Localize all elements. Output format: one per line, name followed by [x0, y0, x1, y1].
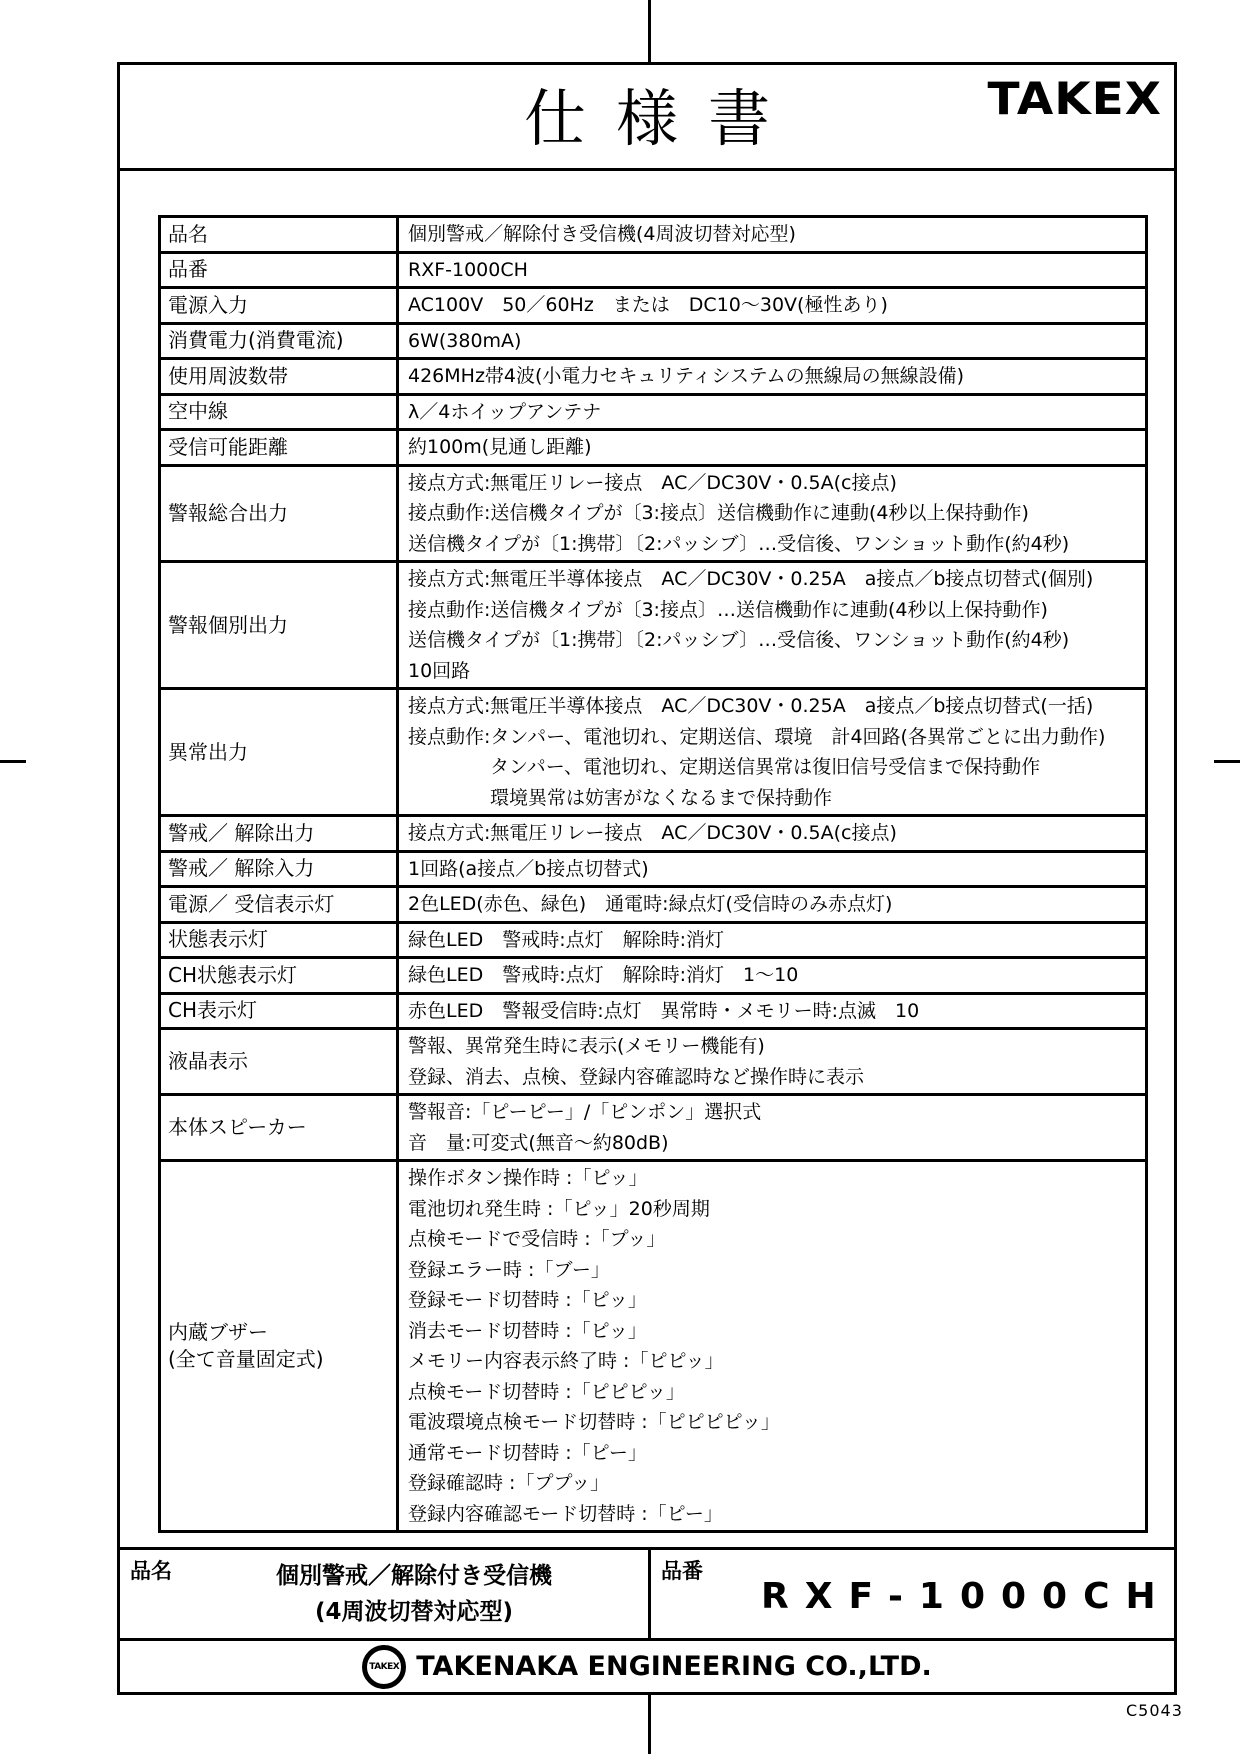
row-value-line: 接点動作:送信機タイプが〔3:接点〕送信機動作に連動(4秒以上保持動作) [408, 498, 1141, 529]
row-value-line: λ／4ホイップアンテナ [408, 397, 1141, 428]
crop-mark-top [648, 0, 651, 62]
row-label: 液晶表示 [161, 1030, 399, 1093]
table-row: 空中線 λ／4ホイップアンテナ [161, 396, 1145, 432]
spec-sheet-page: 仕様書 TAKEX 品名 個別警戒／解除付き受信機(4周波切替対応型) 品番 R… [0, 0, 1240, 1754]
footer-name-cell: 品名 個別警戒／解除付き受信機 (4周波切替対応型) [120, 1550, 651, 1638]
footer-product-name: 個別警戒／解除付き受信機 (4周波切替対応型) [120, 1550, 648, 1630]
row-value-line: 消去モード切替時 :「ピッ」 [408, 1316, 1141, 1347]
company-bar: TAKEX TAKENAKA ENGINEERING CO.,LTD. [120, 1638, 1174, 1692]
row-value-line: RXF-1000CH [408, 255, 1141, 286]
table-row: 電源入力 AC100V 50／60Hz または DC10～30V(極性あり) [161, 289, 1145, 325]
footer-block: 品名 個別警戒／解除付き受信機 (4周波切替対応型) 品番 RXF-1000CH… [120, 1547, 1174, 1692]
table-row: 状態表示灯 緑色LED 警戒時:点灯 解除時:消灯 [161, 924, 1145, 960]
table-row: 品名 個別警戒／解除付き受信機(4周波切替対応型) [161, 218, 1145, 254]
row-value-line: 操作ボタン操作時 :「ピッ」 [408, 1163, 1141, 1194]
row-label: 警報総合出力 [161, 467, 399, 561]
row-value: λ／4ホイップアンテナ [399, 396, 1145, 429]
table-row: 消費電力(消費電流) 6W(380mA) [161, 325, 1145, 361]
table-row: 警報個別出力 接点方式:無電圧半導体接点 AC／DC30V・0.25A a接点／… [161, 563, 1145, 690]
table-row: 異常出力 接点方式:無電圧半導体接点 AC／DC30V・0.25A a接点／b接… [161, 690, 1145, 817]
table-row: 警戒／ 解除出力 接点方式:無電圧リレー接点 AC／DC30V・0.5A(c接点… [161, 817, 1145, 853]
row-value: 1回路(a接点／b接点切替式) [399, 853, 1145, 886]
crop-mark-bottom [648, 1695, 651, 1754]
spec-table: 品名 個別警戒／解除付き受信機(4周波切替対応型) 品番 RXF-1000CH … [158, 215, 1148, 1533]
takex-circle-logo-icon: TAKEX [362, 1645, 406, 1689]
row-label: 品名 [161, 218, 399, 251]
document-code: C5043 [1126, 1701, 1183, 1720]
row-value-line: タンパー、電池切れ、定期送信異常は復旧信号受信まで保持動作 [408, 752, 1141, 783]
table-row: 品番 RXF-1000CH [161, 254, 1145, 290]
row-value: 緑色LED 警戒時:点灯 解除時:消灯 1～10 [399, 959, 1145, 992]
row-value-line: 接点動作:送信機タイプが〔3:接点〕…送信機動作に連動(4秒以上保持動作) [408, 595, 1141, 626]
row-value: 赤色LED 警報受信時:点灯 異常時・メモリー時:点滅 10 [399, 995, 1145, 1028]
row-value: 6W(380mA) [399, 325, 1145, 358]
table-row: 内蔵ブザー (全て音量固定式) 操作ボタン操作時 :「ピッ」電池切れ発生時 :「… [161, 1162, 1145, 1530]
row-value-line: 登録エラー時 :「ブー」 [408, 1255, 1141, 1286]
takex-logo: TAKEX [987, 73, 1162, 125]
table-row: 本体スピーカー 警報音:「ピーピー」/「ピンポン」選択式音 量:可変式(無音～約… [161, 1096, 1145, 1162]
row-value-line: 接点動作:タンパー、電池切れ、定期送信、環境 計4回路(各異常ごとに出力動作) [408, 722, 1141, 753]
row-value-line: AC100V 50／60Hz または DC10～30V(極性あり) [408, 290, 1141, 321]
row-value: 2色LED(赤色、緑色) 通電時:緑点灯(受信時のみ赤点灯) [399, 888, 1145, 921]
row-value: RXF-1000CH [399, 254, 1145, 287]
table-row: 警報総合出力 接点方式:無電圧リレー接点 AC／DC30V・0.5A(c接点)接… [161, 467, 1145, 564]
row-value-line: 点検モード切替時 :「ピピピッ」 [408, 1377, 1141, 1408]
row-value: 操作ボタン操作時 :「ピッ」電池切れ発生時 :「ピッ」20秒周期点検モードで受信… [399, 1162, 1145, 1530]
row-value: 接点方式:無電圧リレー接点 AC／DC30V・0.5A(c接点)接点動作:送信機… [399, 467, 1145, 561]
table-row: 液晶表示 警報、異常発生時に表示(メモリー機能有)登録、消去、点検、登録内容確認… [161, 1030, 1145, 1096]
row-value-line: 電波環境点検モード切替時 :「ピピピピッ」 [408, 1407, 1141, 1438]
company-name: TAKENAKA ENGINEERING CO.,LTD. [416, 1651, 932, 1682]
row-value: 警報音:「ピーピー」/「ピンポン」選択式音 量:可変式(無音～約80dB) [399, 1096, 1145, 1159]
row-value-line: 登録内容確認モード切替時 :「ピー」 [408, 1499, 1141, 1530]
row-value-line: 接点方式:無電圧リレー接点 AC／DC30V・0.5A(c接点) [408, 468, 1141, 499]
table-row: CH状態表示灯 緑色LED 警戒時:点灯 解除時:消灯 1～10 [161, 959, 1145, 995]
table-row: 警戒／ 解除入力 1回路(a接点／b接点切替式) [161, 853, 1145, 889]
row-value: 接点方式:無電圧リレー接点 AC／DC30V・0.5A(c接点) [399, 817, 1145, 850]
row-value-line: 接点方式:無電圧半導体接点 AC／DC30V・0.25A a接点／b接点切替式(… [408, 564, 1141, 595]
table-row: 使用周波数帯 426MHz帯4波(小電力セキュリティシステムの無線局の無線設備) [161, 360, 1145, 396]
row-label: 警報個別出力 [161, 563, 399, 687]
row-label: 電源／ 受信表示灯 [161, 888, 399, 921]
row-label: 内蔵ブザー (全て音量固定式) [161, 1162, 399, 1530]
row-value-line: 緑色LED 警戒時:点灯 解除時:消灯 1～10 [408, 960, 1141, 991]
row-value-line: 接点方式:無電圧リレー接点 AC／DC30V・0.5A(c接点) [408, 818, 1141, 849]
row-value-line: 警報音:「ピーピー」/「ピンポン」選択式 [408, 1097, 1141, 1128]
row-value-line: 点検モードで受信時 :「プッ」 [408, 1224, 1141, 1255]
row-label: 警戒／ 解除出力 [161, 817, 399, 850]
row-value: 接点方式:無電圧半導体接点 AC／DC30V・0.25A a接点／b接点切替式(… [399, 690, 1145, 814]
row-value-line: 10回路 [408, 656, 1141, 687]
row-value-line: 登録モード切替時 :「ピッ」 [408, 1285, 1141, 1316]
row-value-line: 環境異常は妨害がなくなるまで保持動作 [408, 783, 1141, 814]
row-label: 異常出力 [161, 690, 399, 814]
footer-name-label: 品名 [130, 1555, 172, 1585]
row-value: AC100V 50／60Hz または DC10～30V(極性あり) [399, 289, 1145, 322]
row-value-line: 緑色LED 警戒時:点灯 解除時:消灯 [408, 925, 1141, 956]
row-value: 426MHz帯4波(小電力セキュリティシステムの無線局の無線設備) [399, 360, 1145, 393]
document-border: 仕様書 TAKEX 品名 個別警戒／解除付き受信機(4周波切替対応型) 品番 R… [117, 62, 1177, 1695]
row-value-line: 通常モード切替時 :「ピー」 [408, 1438, 1141, 1469]
footer-model-cell: 品番 RXF-1000CH [651, 1550, 1174, 1638]
row-value: 約100m(見通し距離) [399, 431, 1145, 464]
row-value-line: 6W(380mA) [408, 326, 1141, 357]
footer-model-value: RXF-1000CH [761, 1576, 1174, 1617]
row-value: 接点方式:無電圧半導体接点 AC／DC30V・0.25A a接点／b接点切替式(… [399, 563, 1145, 687]
table-row: 受信可能距離 約100m(見通し距離) [161, 431, 1145, 467]
crop-mark-right [1214, 760, 1240, 763]
row-label: CH状態表示灯 [161, 959, 399, 992]
row-value: 緑色LED 警戒時:点灯 解除時:消灯 [399, 924, 1145, 957]
row-value-line: 接点方式:無電圧半導体接点 AC／DC30V・0.25A a接点／b接点切替式(… [408, 691, 1141, 722]
row-label: CH表示灯 [161, 995, 399, 1028]
row-label: 空中線 [161, 396, 399, 429]
row-value-line: 送信機タイプが〔1:携帯〕〔2:パッシブ〕…受信後、ワンショット動作(約4秒) [408, 625, 1141, 656]
row-label: 消費電力(消費電流) [161, 325, 399, 358]
row-value-line: 426MHz帯4波(小電力セキュリティシステムの無線局の無線設備) [408, 361, 1141, 392]
row-label: 電源入力 [161, 289, 399, 322]
row-value-line: 登録、消去、点検、登録内容確認時など操作時に表示 [408, 1062, 1141, 1093]
row-value-line: 登録確認時 :「ププッ」 [408, 1468, 1141, 1499]
row-label: 本体スピーカー [161, 1096, 399, 1159]
footer-model-label: 品番 [661, 1555, 703, 1585]
row-value-line: 2色LED(赤色、緑色) 通電時:緑点灯(受信時のみ赤点灯) [408, 889, 1141, 920]
row-value-line: 個別警戒／解除付き受信機(4周波切替対応型) [408, 219, 1141, 250]
row-label: 状態表示灯 [161, 924, 399, 957]
row-label: 警戒／ 解除入力 [161, 853, 399, 886]
title-bar: 仕様書 TAKEX [120, 65, 1174, 171]
table-row: CH表示灯 赤色LED 警報受信時:点灯 異常時・メモリー時:点滅 10 [161, 995, 1145, 1031]
row-value-line: 音 量:可変式(無音～約80dB) [408, 1128, 1141, 1159]
row-value-line: 赤色LED 警報受信時:点灯 異常時・メモリー時:点滅 10 [408, 996, 1141, 1027]
row-value-line: 約100m(見通し距離) [408, 432, 1141, 463]
row-label: 品番 [161, 254, 399, 287]
row-value-line: 電池切れ発生時 :「ピッ」20秒周期 [408, 1194, 1141, 1225]
row-value-line: 警報、異常発生時に表示(メモリー機能有) [408, 1031, 1141, 1062]
row-label: 受信可能距離 [161, 431, 399, 464]
row-value-line: 1回路(a接点／b接点切替式) [408, 854, 1141, 885]
row-value-line: メモリー内容表示終了時 :「ピピッ」 [408, 1346, 1141, 1377]
row-value-line: 送信機タイプが〔1:携帯〕〔2:パッシブ〕…受信後、ワンショット動作(約4秒) [408, 529, 1141, 560]
footer-row: 品名 個別警戒／解除付き受信機 (4周波切替対応型) 品番 RXF-1000CH [120, 1550, 1174, 1638]
table-row: 電源／ 受信表示灯 2色LED(赤色、緑色) 通電時:緑点灯(受信時のみ赤点灯) [161, 888, 1145, 924]
row-value: 警報、異常発生時に表示(メモリー機能有)登録、消去、点検、登録内容確認時など操作… [399, 1030, 1145, 1093]
row-label: 使用周波数帯 [161, 360, 399, 393]
crop-mark-left [0, 760, 26, 763]
row-value: 個別警戒／解除付き受信機(4周波切替対応型) [399, 218, 1145, 251]
